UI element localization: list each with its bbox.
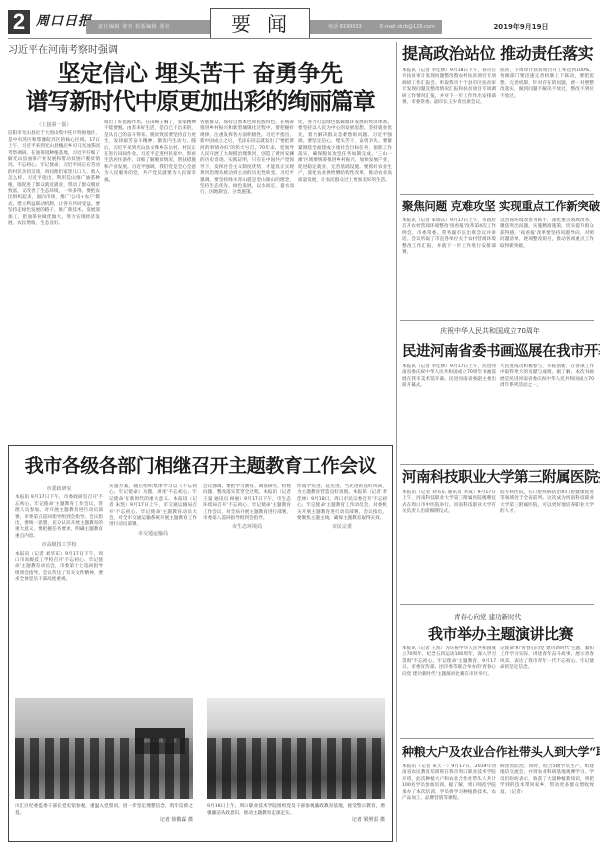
lead-col2-text: 谁出了好思路作用。在田畴子胸了，发家精神不能要脱。由苏来好生活，是自已干出来的，… bbox=[104, 120, 196, 183]
boxed-col-4: 形成学先进、赶先进、当先进的良好风尚，为主题教育营造良好氛围。本报讯（记者 李佳… bbox=[297, 484, 387, 694]
masthead: 2 周口日报 责任编辑 署名 校版编辑 署名 电话 8199033 E-mail… bbox=[0, 0, 600, 38]
story6-body-right: 病虫害防治，同时，结合5级学员生产，组建地培交流会，并到农业科研基地观摩学习。学… bbox=[500, 764, 594, 844]
story4-body-right: 院专科医院，在口腔疾病防治和口腔健康促进等领域处于全省前列。这次成为河南科技职业… bbox=[500, 490, 594, 600]
story5-body-right: 记使命'和'青春心向党 建功新时代'主题，紧扣工作学习实际，讲述青年奋斗故事，展… bbox=[500, 646, 594, 736]
story5-kicker: 青春心向党 建功新时代 bbox=[454, 612, 521, 622]
story3-kicker: 庆祝中华人民共和国成立70周年 bbox=[440, 326, 540, 336]
subhead-2: 市高级技工学校 bbox=[15, 542, 103, 548]
divider bbox=[400, 194, 594, 195]
story2-body-left: 本报讯（记者 朱瑞东）9月17日上午，市政府召开农村营商环境整改'夜看报'改革第… bbox=[402, 218, 496, 318]
divider bbox=[400, 738, 594, 739]
boxed-col-3: 会议强调，要把学习教育、调查研究、检视问题、整改落实贯穿全过程。本报讯（记者 王… bbox=[203, 484, 291, 694]
boxed-story: 我市各级各部门相继召开主题教育工作会议 市委政研室 本报讯 9月17日下午，市委… bbox=[8, 445, 393, 842]
subhead-1: 市委政研室 bbox=[15, 486, 103, 492]
lead-headline-line1: 坚定信心 埋头苦干 奋勇争先 bbox=[8, 60, 392, 88]
story1-body-right: 扶贫，下周审计扶贫项目开工率达到100%。各级部门要迅速完善机制上下联动，要把思… bbox=[500, 68, 594, 192]
photo2-credit: 记者 梁照雷 摄 bbox=[207, 817, 385, 824]
story1-body-left: 本报讯（记者 李佳林）9月18日下午，我市召开扶贫审计发现问题整改暨农村扶贫项目… bbox=[402, 68, 496, 192]
story1-headline: 提高政治站位 推动责任落实 bbox=[402, 44, 593, 64]
lead-col4-text: 化，努力打造绿色低碳循环发展的经济体系。要坚持以人民为中心的发展思想，坚持就业优… bbox=[298, 120, 392, 183]
story3-headline: 民进河南省委书画巡展在我市开幕 bbox=[402, 342, 600, 362]
story5-body-left: 本报讯（记者 王凯）为庆祝中华人民共和国成立70周年，纪念五四运动100周年，深… bbox=[402, 646, 496, 736]
masthead-left-bar: 责任编辑 署名 校版编辑 署名 bbox=[86, 20, 210, 34]
subhead-4: 市生态环境局 bbox=[203, 524, 291, 530]
story3-body-left: 本报讯（记者 李佳林）9月17日上午，民进河南省委庆祝中华人民共和国成立70周年… bbox=[402, 364, 496, 462]
boxed-col-2: 实施方案。随后组织集体学习以《不忘初心，牢记使命》为题，讲述'不忘初心、牢记使命… bbox=[109, 484, 197, 694]
page-number: 2 bbox=[8, 10, 30, 34]
photo-people bbox=[15, 738, 193, 799]
boxed-text-1: 本报讯 9月17日下午，市委政研室召开'不忘初心、牢记使命'主题教育工作会议，管… bbox=[15, 495, 103, 538]
story4-headline: 河南科技职业大学第三附属医院揭牌 bbox=[402, 468, 600, 488]
photo1-caption: 川汇区纪委监委干部在党史馆参观，重温入党誓词，进一步坚定理想信念，筑牢信仰之基。… bbox=[15, 804, 193, 824]
story4-body-left: 本报讯（记者 刘书东 通讯员 李成）9月17日上午，河南科技职业大学第三附属医院… bbox=[402, 490, 496, 600]
paper-name-logo: 周口日报 bbox=[36, 14, 92, 30]
email-text: E-mail zkrb@126.com bbox=[380, 20, 435, 34]
divider bbox=[400, 464, 594, 465]
story5-headline: 我市举办主题演讲比赛 bbox=[428, 624, 573, 644]
divider bbox=[400, 320, 594, 321]
lead-kicker: 习近平在河南考察时强调 bbox=[8, 44, 118, 58]
lead-column-4: 化，努力打造绿色低碳循环发展的经济体系。要坚持以人民为中心的发展思想，坚持就业优… bbox=[298, 120, 392, 440]
section-title: 要闻 bbox=[210, 8, 310, 38]
column-divider bbox=[396, 42, 397, 842]
lead-headline: 坚定信心 埋头苦干 奋勇争先 谱写新时代中原更加出彩的绚丽篇章 bbox=[8, 60, 392, 116]
boxed-text-3: 实施方案。随后组织集体学习以《不忘初心，牢记使命》为题，讲述'不忘初心、牢记使命… bbox=[109, 484, 197, 527]
issue-date: 2019年9月19日 bbox=[442, 20, 600, 34]
news-photo-2 bbox=[207, 698, 385, 799]
lead-column-1: （上接第一版） 信阳市光山县位于大别山集中连片特困地区，是中央苏区和鄂豫皖苏区的… bbox=[8, 120, 100, 440]
lead-col1-text: 信阳市光山县位于大别山集中连片特困地区，是中央苏区和鄂豫皖苏区的核心区域。17日… bbox=[8, 131, 100, 226]
story2-body-right: 以营商环境改善为抓手，深化重点领域改革，聚焦突出问题，实施精准施策，切实提升群众… bbox=[500, 218, 594, 318]
lead-column-3: 各族群众，保持自然本色和民族特色。在统筹推进乡村振兴和新型城镇化过程中，要把握好… bbox=[200, 120, 294, 440]
photo-people bbox=[207, 738, 385, 799]
continued-from: （上接第一版） bbox=[8, 122, 100, 128]
boxed-text-2: 本报讯（记者 刘华东）9月17日下午，周口市高级技工学校召开'不忘初心、牢记使命… bbox=[15, 552, 103, 583]
subhead-5: 市民宗委 bbox=[297, 524, 387, 530]
lead-column-2: 谁出了好思路作用。在田畴子胸了，发家精神不能要脱。由苏来好生活，是自已干出来的，… bbox=[104, 120, 196, 440]
story6-headline: 种粮大户及农业合作社带头人到大学“取经” bbox=[402, 744, 600, 760]
masthead-rule bbox=[8, 38, 592, 39]
subhead-3: 市交通运输局 bbox=[109, 531, 197, 537]
editor-credits: 责任编辑 署名 校版编辑 署名 bbox=[86, 20, 210, 34]
boxed-text-4: 会议强调，要把学习教育、调查研究、检视问题、整改落实贯穿全过程。本报讯（记者 王… bbox=[203, 484, 291, 521]
photo1-credit: 记者 徐敬霖 摄 bbox=[15, 817, 193, 824]
boxed-text-5: 形成学先进、赶先进、当先进的良好风尚，为主题教育营造良好氛围。本报讯（记者 李佳… bbox=[297, 484, 387, 521]
lead-headline-line2: 谱写新时代中原更加出彩的绚丽篇章 bbox=[8, 88, 392, 116]
lead-col3-text: 各族群众，保持自然本色和民族特色。在统筹推进乡村振兴和新型城镇化过程中，要把握好… bbox=[200, 120, 294, 195]
story6-body-left: 本报讯（记者 朱天一）9月17日，2019年河南省农民教育培训班在我市周口职业技… bbox=[402, 764, 496, 844]
boxed-col-1: 市委政研室 本报讯 9月17日下午，市委政研室召开'不忘初心、牢记使命'主题教育… bbox=[15, 484, 103, 694]
phone-text: 电话 8199033 bbox=[328, 20, 362, 34]
divider bbox=[400, 604, 594, 605]
story3-body-right: 大民进成员积极参与，开拓创新，在各项工作中取得更大的贡献与成绩。据了解，本次书画… bbox=[500, 364, 594, 462]
story2-headline: 聚焦问题 克难攻坚 实现重点工作新突破 bbox=[402, 198, 600, 214]
photo2-caption: 9月18日上午，周口职业技术学院组织党员干部参观廉政教育基地，接受警示教育，增强… bbox=[207, 804, 385, 824]
news-photo-1: 淮阳太昊陵 纪念馆 bbox=[15, 698, 193, 799]
boxed-story-headline: 我市各级各部门相继召开主题教育工作会议 bbox=[9, 454, 392, 478]
